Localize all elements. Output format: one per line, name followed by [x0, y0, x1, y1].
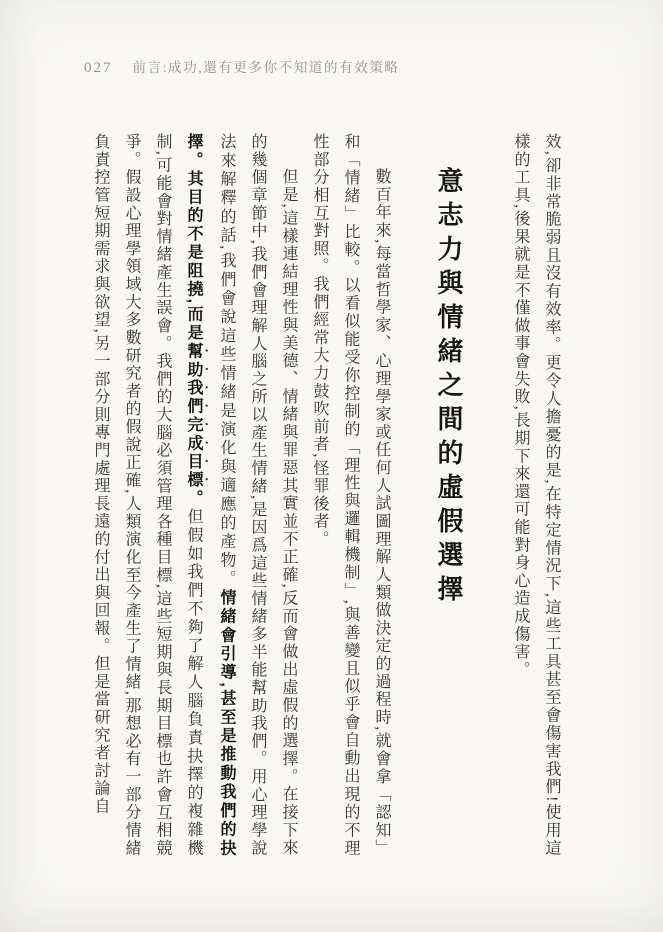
section-title: 意志力與情緒之間的虛假選擇 — [431, 133, 467, 857]
paragraph: 數百年來,每當哲學家、心理學家或任何人試圖理解人類做決定的過程時,就會拿「認知」… — [304, 133, 397, 857]
book-page: 027 前言:成功,還有更多你不知道的有效策略 效,卻非常脆弱且沒有效率。更令人… — [0, 0, 663, 932]
paragraph: 但是,這樣連結理性與美德、情緒與罪惡其實並不正確,反而會做出虛假的選擇。在接下來… — [85, 133, 304, 857]
running-head: 027 前言:成功,還有更多你不知道的有效策略 — [84, 56, 400, 77]
page-number: 027 — [84, 60, 113, 77]
vertical-text-block: 效,卻非常脆弱且沒有效率。更令人擔憂的是,在特定情況下,這些工具甚至會傷害我們!… — [81, 133, 567, 857]
paragraph-continuation: 效,卻非常脆弱且沒有效率。更令人擔憂的是,在特定情況下,這些工具甚至會傷害我們!… — [505, 133, 567, 857]
bold-emphasized-text: 幫助我們完成目標 — [185, 342, 202, 489]
bold-text: 。 — [185, 490, 202, 508]
chapter-title: 前言:成功,還有更多你不知道的有效策略 — [133, 56, 400, 76]
